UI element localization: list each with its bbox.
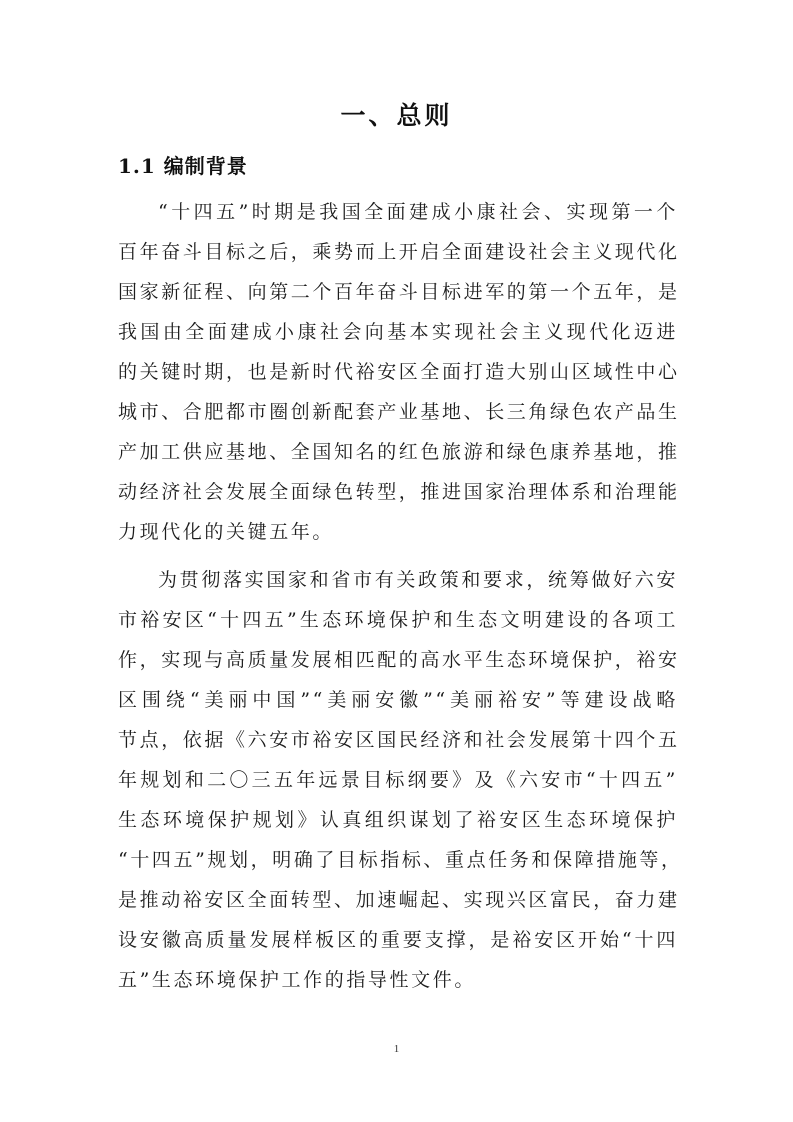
page-number: 1	[0, 1043, 793, 1055]
paragraph-line: 的关键时期，也是新时代裕安区全面打造大别山区域性中心	[118, 360, 678, 384]
paragraph-line: “十四五”时期是我国全面建成小康社会、实现第一个	[158, 200, 678, 224]
paragraph-line: 产加工供应基地、全国知名的红色旅游和绿色康养基地，推	[118, 440, 678, 464]
paragraph-line: 设安徽高质量发展样板区的重要支撑，是裕安区开始“十四	[118, 928, 678, 952]
paragraph-line: 城市、合肥都市圈创新配套产业基地、长三角绿色农产品生	[118, 400, 678, 424]
paragraph-line: 五”生态环境保护工作的指导性文件。	[118, 968, 678, 992]
chapter-title: 一、总则	[0, 96, 793, 132]
paragraph-line: 市裕安区“十四五”生态环境保护和生态文明建设的各项工	[118, 608, 678, 632]
paragraph-line: 作，实现与高质量发展相匹配的高水平生态环境保护，裕安	[118, 648, 678, 672]
paragraph-line: 力现代化的关键五年。	[118, 520, 678, 544]
paragraph-line: 节点，依据《六安市裕安区国民经济和社会发展第十四个五	[118, 728, 678, 752]
paragraph-line: 年规划和二〇三五年远景目标纲要》及《六安市“十四五”	[118, 768, 678, 792]
paragraph-line: 为贯彻落实国家和省市有关政策和要求，统筹做好六安	[158, 568, 678, 592]
paragraph-line: 百年奋斗目标之后，乘势而上开启全面建设社会主义现代化	[118, 240, 678, 264]
paragraph-line: “十四五”规划，明确了目标指标、重点任务和保障措施等，	[118, 848, 678, 872]
paragraph-line: 是推动裕安区全面转型、加速崛起、实现兴区富民，奋力建	[118, 888, 678, 912]
paragraph-line: 生态环境保护规划》认真组织谋划了裕安区生态环境保护	[118, 808, 678, 832]
paragraph-line: 动经济社会发展全面绿色转型，推进国家治理体系和治理能	[118, 480, 678, 504]
section-heading: 1.1 编制背景	[118, 150, 248, 179]
paragraph-line: 我国由全面建成小康社会向基本实现社会主义现代化迈进	[118, 320, 678, 344]
paragraph-line: 国家新征程、向第二个百年奋斗目标进军的第一个五年，是	[118, 280, 678, 304]
paragraph-line: 区围绕“美丽中国”“美丽安徽”“美丽裕安”等建设战略	[118, 688, 678, 712]
document-page: 一、总则 1.1 编制背景 “十四五”时期是我国全面建成小康社会、实现第一个 百…	[0, 0, 793, 1122]
